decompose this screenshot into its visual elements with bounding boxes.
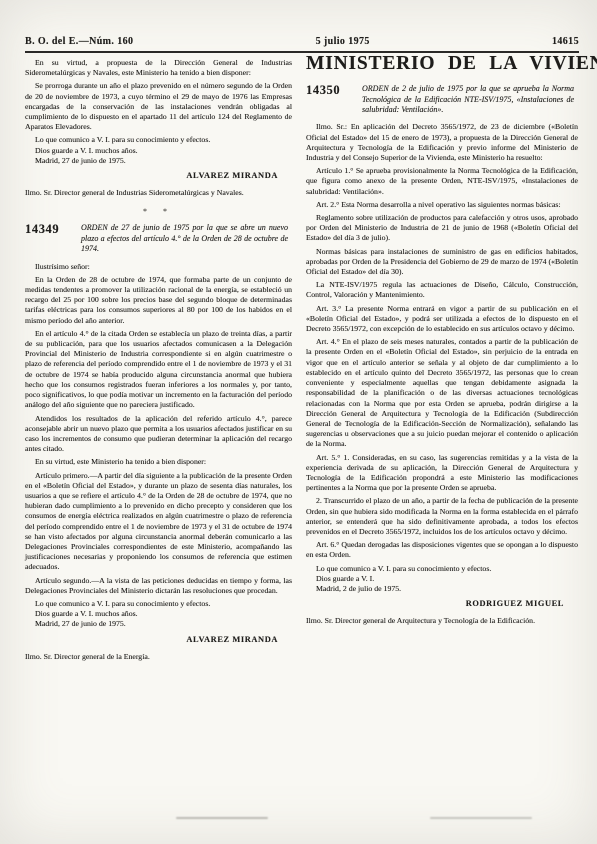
paragraph: Artículo 1.° Se aprueba provisionalmente…: [306, 166, 578, 197]
date-line: Madrid, 27 de junio de 1975.: [25, 619, 292, 629]
order-heading: 14350 ORDEN de 2 de julio de 1975 por la…: [306, 84, 578, 115]
gazette-issue-label: B. O. del E.—Núm. 160: [25, 36, 133, 47]
closing-line: Lo que comunico a V. I. para su conocimi…: [25, 599, 292, 609]
right-column: MINISTERIO DE LA VIVIENDA 14350 ORDEN de…: [306, 58, 578, 626]
paragraph: Art. 6.° Quedan derogadas las disposicio…: [306, 540, 578, 560]
closing-line: Dios guarde a V. I. muchos años.: [25, 609, 292, 619]
order-14350: 14350 ORDEN de 2 de julio de 1975 por la…: [306, 84, 578, 626]
order-heading: 14349 ORDEN de 27 de junio de 1975 por l…: [25, 223, 292, 254]
paragraph: 2. Transcurrido el plazo de un año, a pa…: [306, 496, 578, 537]
paragraph: La NTE-ISV/1975 regula las actuaciones d…: [306, 280, 578, 300]
order-14349: 14349 ORDEN de 27 de junio de 1975 por l…: [25, 223, 292, 661]
paragraph: Art. 4.° En el plazo de seis meses natur…: [306, 337, 578, 449]
order-number: 14350: [306, 84, 356, 115]
left-column: En su virtud, a propuesta de la Direcció…: [25, 58, 292, 662]
paragraph: Art. 2.° Esta Norma desarrolla a nivel o…: [306, 200, 578, 210]
addressee-line: Ilmo. Sr. Director general de la Energía…: [25, 652, 292, 662]
item-separator: * *: [25, 207, 292, 217]
order-number: 14349: [25, 223, 75, 254]
order-title: ORDEN de 27 de junio de 1975 por la que …: [81, 223, 292, 254]
page-number: 14615: [552, 36, 579, 47]
paragraph: En su virtud, este Ministerio ha tenido …: [25, 457, 292, 467]
paragraph: Atendidos los resultados de la aplicació…: [25, 414, 292, 455]
closing-line: Dios guarde a V. I.: [306, 574, 578, 584]
paragraph: Artículo segundo.—A la vista de las peti…: [25, 576, 292, 596]
paragraph: Art. 5.° 1. Consideradas, en su caso, la…: [306, 453, 578, 494]
signature: ALVAREZ MIRANDA: [25, 635, 278, 645]
ministry-heading: MINISTERIO DE LA VIVIENDA: [306, 59, 578, 69]
paragraph: En el artículo 4.° de la citada Orden se…: [25, 329, 292, 411]
closing-line: Lo que comunico a V. I. para su conocimi…: [306, 564, 578, 574]
paragraph: Normas básicas para instalaciones de sum…: [306, 247, 578, 278]
paragraph: Artículo primero.—A partir del día sigui…: [25, 471, 292, 573]
paragraph: Se prorroga durante un año el plazo prev…: [25, 81, 292, 132]
gazette-page: B. O. del E.—Núm. 160 5 julio 1975 14615…: [0, 0, 597, 844]
paragraph: Art. 3.° La presente Norma entrará en vi…: [306, 304, 578, 335]
order-title: ORDEN de 2 de julio de 1975 por la que s…: [362, 84, 578, 115]
gazette-date: 5 julio 1975: [316, 36, 370, 47]
signature: ALVAREZ MIRANDA: [25, 171, 278, 181]
scan-artifact-line: [176, 817, 268, 819]
page-header: B. O. del E.—Núm. 160 5 julio 1975 14615: [25, 36, 579, 53]
salutation: Ilustrísimo señor:: [25, 262, 292, 272]
date-line: Madrid, 27 de junio de 1975.: [25, 156, 292, 166]
scan-artifact-line: [430, 817, 532, 819]
paragraph: En la Orden de 28 de octubre de 1974, qu…: [25, 275, 292, 326]
paragraph: Ilmo. Sr.: En aplicación del Decreto 356…: [306, 122, 578, 163]
closing-line: Lo que comunico a V. I. para su conocimi…: [25, 135, 292, 145]
paragraph: Reglamento sobre utilización de producto…: [306, 213, 578, 244]
date-line: Madrid, 2 de julio de 1975.: [306, 584, 578, 594]
paragraph: En su virtud, a propuesta de la Direcció…: [25, 58, 292, 78]
addressee-line: Ilmo. Sr. Director general de Arquitectu…: [306, 616, 578, 626]
addressee-line: Ilmo. Sr. Director general de Industrias…: [25, 188, 292, 198]
closing-line: Dios guarde a V. I. muchos años.: [25, 146, 292, 156]
signature: RODRIGUEZ MIGUEL: [306, 599, 564, 609]
order-14348-continuation: En su virtud, a propuesta de la Direcció…: [25, 58, 292, 198]
